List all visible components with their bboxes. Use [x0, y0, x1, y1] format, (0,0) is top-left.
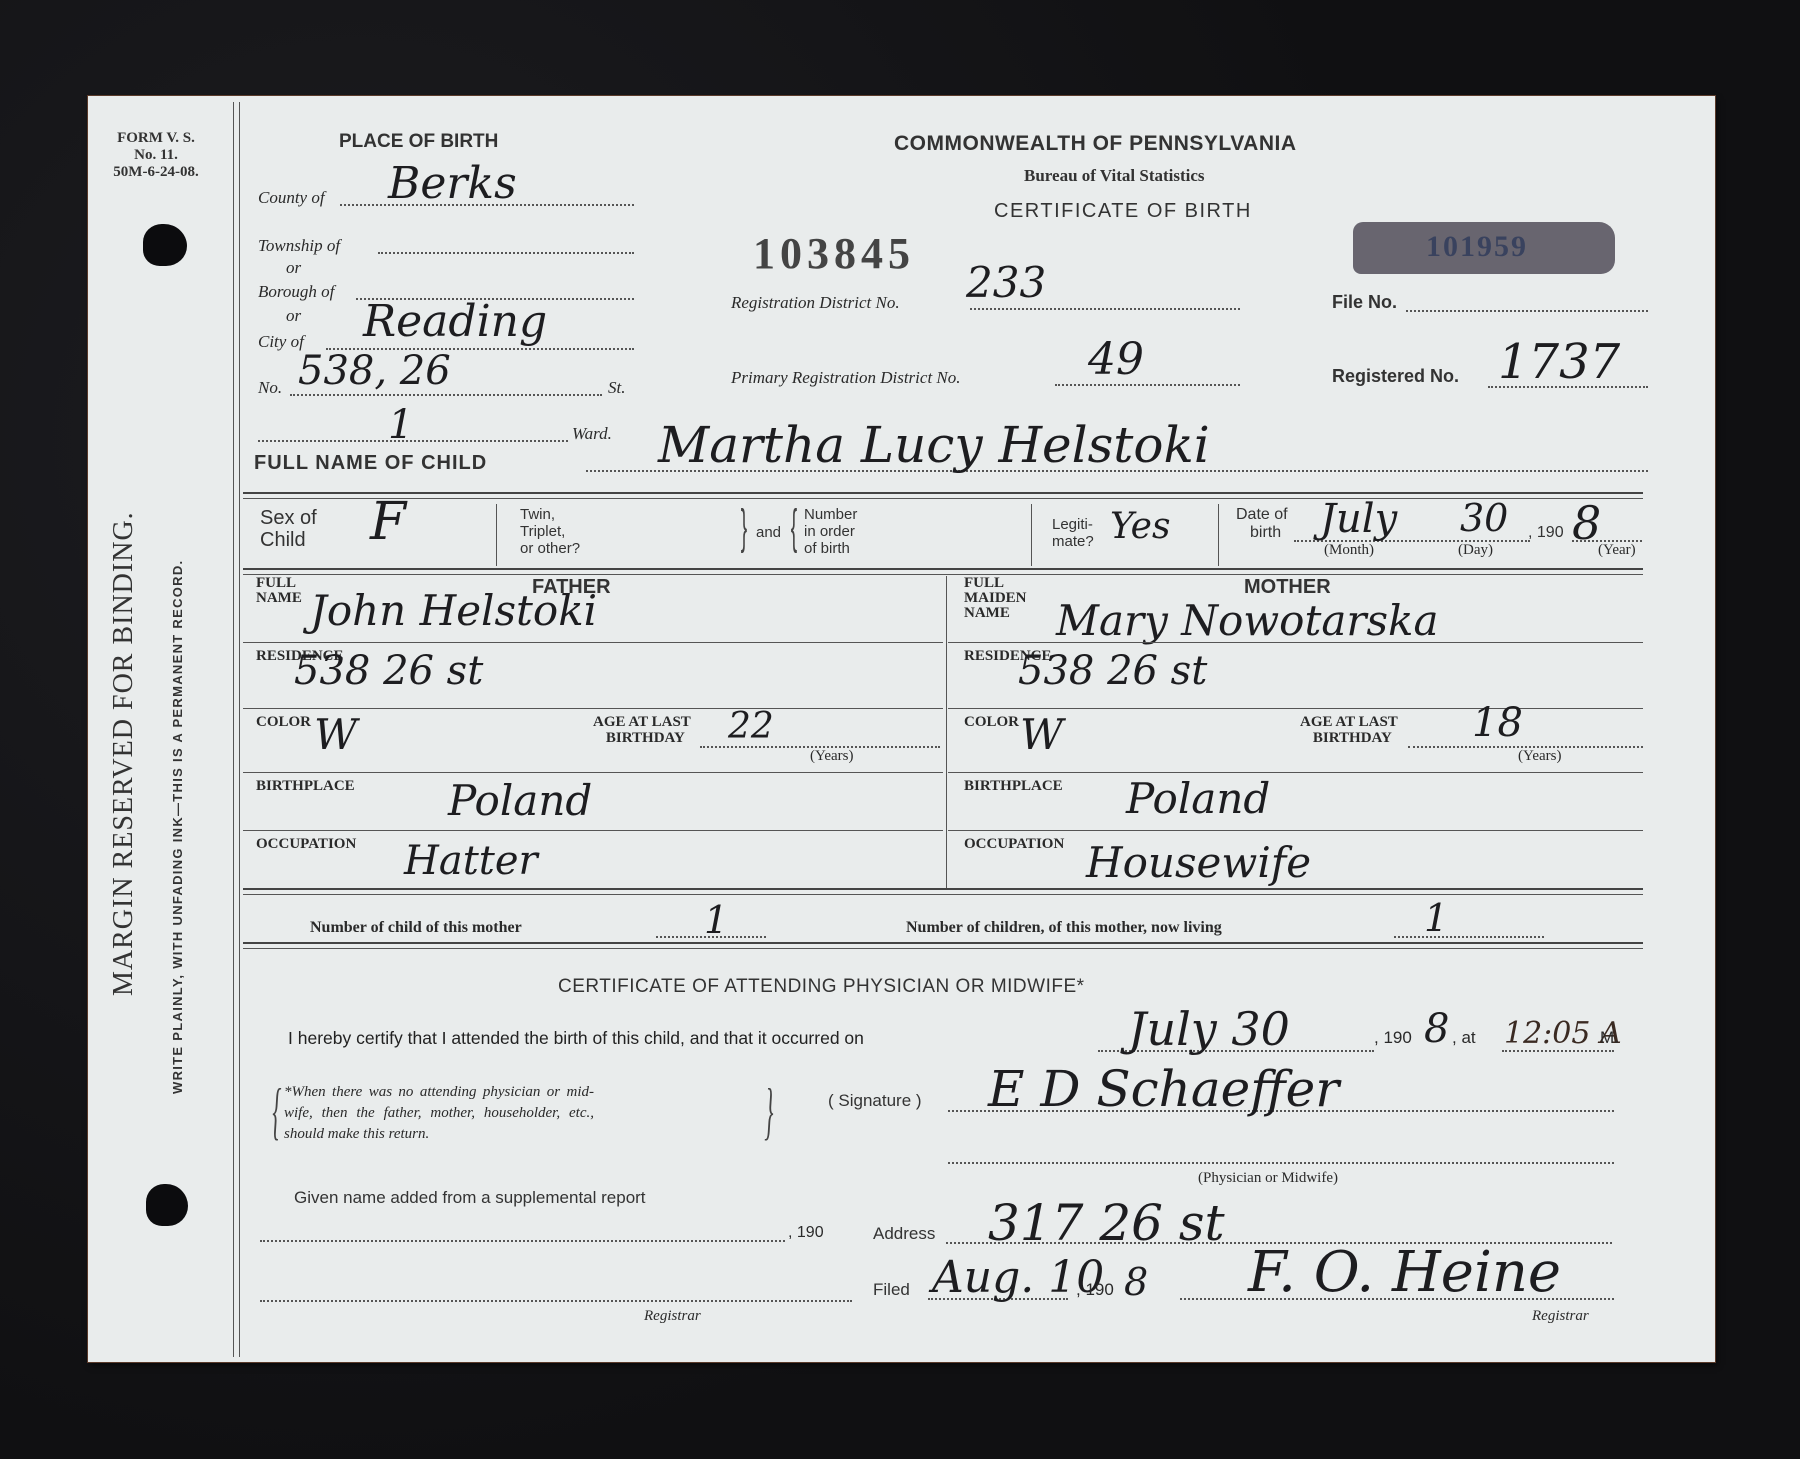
- father-occupation-value: Hatter: [404, 838, 538, 884]
- mother-occupation-value: Housewife: [1086, 838, 1311, 887]
- day-caption: (Day): [1458, 542, 1493, 559]
- street-field: [290, 394, 602, 396]
- dob-year-suffix: 8: [1572, 496, 1601, 550]
- father-residence-value: 538 26 st: [294, 648, 483, 694]
- rule-parents-bottom-2: [243, 894, 1643, 895]
- rule-parents-bottom-1: [243, 888, 1643, 890]
- rule-legit-divider: [1031, 504, 1032, 566]
- child-number-label: Number of child of this mother: [310, 919, 522, 937]
- and-label: and: [756, 524, 781, 541]
- birth-certificate: FORM V. S. No. 11. 50M-6-24-08. MARGIN R…: [88, 96, 1715, 1362]
- occurred-year-prefix: , 190: [1374, 1028, 1412, 1048]
- city-value: Reading: [363, 296, 547, 347]
- father-name-value: John Helstoki: [310, 586, 597, 635]
- filed-label: Filed: [873, 1280, 910, 1300]
- year-caption: (Year): [1598, 542, 1636, 559]
- father-occupation-label: OCCUPATION: [256, 836, 356, 853]
- physician-heading: CERTIFICATE OF ATTENDING PHYSICIAN OR MI…: [558, 976, 1085, 998]
- township-field: [378, 252, 634, 254]
- sex-value: F: [370, 492, 406, 552]
- mother-color-label: COLOR: [964, 714, 1019, 731]
- child-name-label: FULL NAME OF CHILD: [254, 452, 487, 475]
- legitimate-label: Legiti- mate?: [1052, 516, 1094, 550]
- rule-mother-color: [948, 772, 1643, 773]
- mother-occupation-label: OCCUPATION: [964, 836, 1064, 853]
- brace-left: }: [741, 500, 747, 555]
- rule-mother-residence: [948, 708, 1643, 709]
- physician-extra-field: [948, 1162, 1614, 1164]
- birth-order-label: Number in order of birth: [804, 506, 857, 557]
- rule-dob-divider: [1218, 504, 1219, 566]
- primary-district-value: 49: [1088, 334, 1144, 385]
- file-number-label: File No.: [1332, 292, 1397, 313]
- address-label: Address: [873, 1224, 935, 1244]
- rule-mother-birthplace: [948, 830, 1643, 831]
- dob-label: Date of birth: [1236, 506, 1288, 542]
- living-children-field: [1394, 936, 1544, 938]
- punch-hole-bottom: [146, 1184, 188, 1226]
- bureau-title: Bureau of Vital Statistics: [1024, 166, 1205, 186]
- form-id-line1: FORM V. S.: [96, 130, 216, 147]
- certificate-title: CERTIFICATE OF BIRTH: [994, 200, 1252, 223]
- form-id-line3: 50M-6-24-08.: [96, 164, 216, 181]
- rule-father-birthplace: [243, 830, 943, 831]
- binding-rule-1: [233, 102, 234, 1357]
- father-years-caption: (Years): [810, 748, 853, 765]
- footnote-brace-right: }: [764, 1074, 773, 1148]
- living-children-value: 1: [1424, 896, 1448, 940]
- registered-number-label: Registered No.: [1332, 366, 1459, 387]
- filed-year-prefix: , 190: [1076, 1280, 1114, 1300]
- father-color-label: COLOR: [256, 714, 311, 731]
- rule-parents-top-1: [243, 568, 1643, 570]
- form-id-line2: No. 11.: [96, 147, 216, 164]
- filed-year-suffix: 8: [1124, 1260, 1148, 1304]
- sex-label: Sex of Child: [260, 507, 317, 551]
- legitimate-value: Yes: [1110, 506, 1170, 547]
- rule-parents-divider: [946, 576, 947, 888]
- rule-parents-top-2: [243, 574, 1643, 575]
- mother-years-caption: (Years): [1518, 748, 1561, 765]
- dob-month: July: [1320, 496, 1397, 542]
- filed-registrar-caption: Registrar: [1532, 1308, 1589, 1325]
- signature-value: E D Schaeffer: [988, 1060, 1339, 1118]
- city-label: City of: [258, 332, 304, 352]
- ward-label: Ward.: [572, 424, 612, 444]
- rule-father-residence: [243, 708, 943, 709]
- mother-color-value: W: [1020, 710, 1063, 759]
- dob-day: 30: [1460, 496, 1508, 540]
- twin-label: Twin, Triplet, or other?: [520, 506, 580, 557]
- primary-district-label: Primary Registration District No.: [731, 368, 961, 388]
- rule-count-bottom-1: [243, 942, 1643, 944]
- county-value: Berks: [388, 158, 517, 209]
- child-number-value: 1: [704, 898, 728, 942]
- rule-father-color: [243, 772, 943, 773]
- registration-district-value: 233: [966, 258, 1046, 307]
- borough-label: Borough of: [258, 282, 334, 302]
- father-birthplace-value: Poland: [448, 776, 592, 825]
- or-label-1: or: [286, 258, 301, 278]
- primary-district-field: [1055, 384, 1240, 386]
- rule-mother-name: [948, 642, 1643, 643]
- mother-name-value: Mary Nowotarska: [1056, 596, 1439, 645]
- file-number-field: [1406, 310, 1648, 312]
- mother-birthplace-value: Poland: [1126, 774, 1270, 823]
- living-children-label: Number of children, of this mother, now …: [906, 919, 1222, 937]
- filed-registrar-signature: F. O. Heine: [1248, 1240, 1561, 1305]
- mother-residence-value: 538 26 st: [1018, 648, 1207, 694]
- supplemental-registrar-caption: Registrar: [644, 1308, 701, 1325]
- occurred-year-suffix: 8: [1424, 1006, 1449, 1052]
- registered-number-value: 1737: [1498, 334, 1620, 390]
- stamped-number: 101959: [1426, 230, 1528, 264]
- margin-ink-notice: WRITE PLAINLY, WITH UNFADING INK—THIS IS…: [170, 394, 185, 1094]
- brace-right: {: [791, 500, 797, 555]
- mother-name-label: FULL MAIDEN NAME: [964, 576, 1027, 621]
- rule-child-top-2: [243, 498, 1643, 499]
- township-label: Township of: [258, 236, 340, 256]
- child-name-value: Martha Lucy Helstoki: [658, 416, 1210, 474]
- certificate-number: 103845: [753, 228, 915, 279]
- county-label: County of: [258, 188, 325, 208]
- at-label: , at: [1452, 1028, 1476, 1048]
- registration-district-field: [970, 308, 1240, 310]
- rule-father-name: [243, 642, 943, 643]
- street-number-label: No.: [258, 378, 282, 398]
- state-title: COMMONWEALTH OF PENNSYLVANIA: [894, 132, 1296, 156]
- mother-age-label: AGE AT LAST BIRTHDAY: [1300, 714, 1398, 746]
- registration-district-label: Registration District No.: [731, 293, 900, 313]
- father-age-value: 22: [728, 706, 774, 747]
- mother-age-value: 18: [1472, 700, 1523, 746]
- form-id: FORM V. S. No. 11. 50M-6-24-08.: [96, 130, 216, 181]
- signature-label: ( Signature ): [828, 1091, 922, 1111]
- margin-binding-text: MARGIN RESERVED FOR BINDING.: [108, 296, 140, 996]
- rule-child-top-1: [243, 492, 1643, 494]
- binding-rule-2: [239, 102, 240, 1357]
- supplemental-name-field: [260, 1240, 785, 1242]
- street-value: 538, 26: [298, 348, 451, 394]
- supplemental-year-prefix: , 190: [788, 1224, 824, 1242]
- or-label-2: or: [286, 306, 301, 326]
- footnote-brace-left: {: [272, 1074, 281, 1148]
- father-birthplace-label: BIRTHPLACE: [256, 778, 355, 795]
- address-value: 317 26 st: [988, 1194, 1225, 1252]
- punch-hole-top: [143, 224, 187, 266]
- physician-footnote: *When there was no attending physician o…: [284, 1082, 594, 1145]
- meridiem-label: M.: [1600, 1028, 1619, 1048]
- occurred-date-value: July 30: [1128, 1002, 1290, 1056]
- father-color-value: W: [314, 710, 357, 759]
- father-age-label: AGE AT LAST BIRTHDAY: [593, 714, 691, 746]
- dob-year-prefix: , 190: [1528, 524, 1564, 542]
- rule-count-bottom-2: [243, 948, 1643, 949]
- supplemental-label: Given name added from a supplemental rep…: [294, 1188, 646, 1208]
- certify-text: I hereby certify that I attended the bir…: [288, 1028, 864, 1049]
- place-of-birth-heading: PLACE OF BIRTH: [339, 131, 498, 153]
- mother-birthplace-label: BIRTHPLACE: [964, 778, 1063, 795]
- rule-sex-divider: [496, 504, 497, 566]
- supplemental-registrar-field: [260, 1300, 852, 1302]
- ward-value: 1: [388, 402, 413, 448]
- father-name-label: FULL NAME: [256, 576, 302, 606]
- street-suffix-label: St.: [608, 378, 625, 398]
- physician-role-caption: (Physician or Midwife): [1198, 1170, 1338, 1187]
- month-caption: (Month): [1324, 542, 1374, 559]
